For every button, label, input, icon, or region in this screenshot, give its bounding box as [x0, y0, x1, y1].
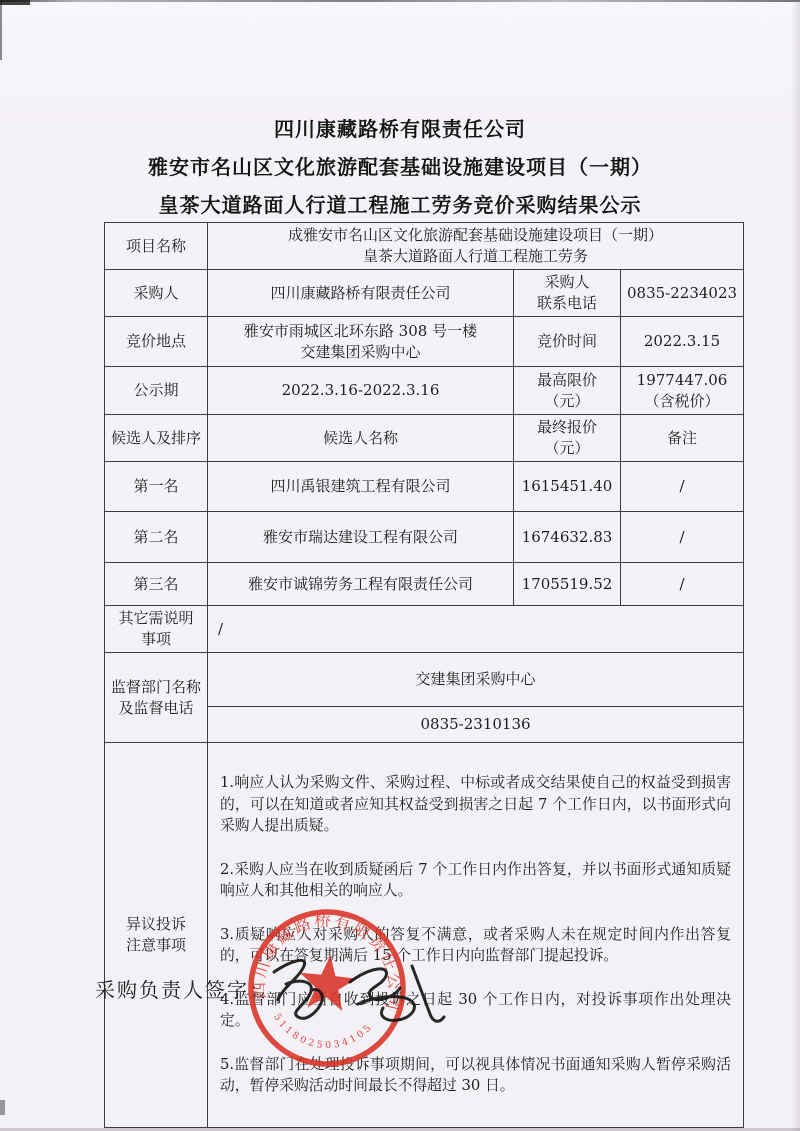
candidate-price: 1615451.40	[514, 462, 621, 512]
candidate-rank: 第三名	[105, 563, 208, 606]
document-title-result: 皇茶大道路面人行道工程施工劳务竞价采购结果公示	[0, 186, 800, 224]
candidate-rank-header: 候选人及排序	[105, 415, 208, 462]
other-notes-label: 其它需说明 事项	[105, 606, 208, 653]
supervision-name: 交建集团采购中心	[208, 653, 744, 707]
document-title-block: 四川康藏路桥有限责任公司 雅安市名山区文化旅游配套基础设施建设项目（一期） 皇茶…	[0, 110, 800, 224]
candidate-row-1: 第一名 四川禹银建筑工程有限公司 1615451.40 /	[105, 462, 744, 512]
bidding-place-label: 竞价地点	[105, 317, 208, 367]
candidate-row-3: 第三名 雅安市诚锦劳务工程有限责任公司 1705519.52 /	[105, 563, 744, 606]
candidate-price: 1705519.52	[514, 563, 621, 606]
candidate-row-2: 第二名 雅安市瑞达建设工程有限公司 1674632.83 /	[105, 512, 744, 563]
table-row: 监督部门名称 及监督电话 交建集团采购中心	[105, 653, 744, 707]
candidate-rank: 第一名	[105, 462, 208, 512]
scanned-document-page: 四川康藏路桥有限责任公司 雅安市名山区文化旅游配套基础设施建设项目（一期） 皇茶…	[0, 0, 800, 1131]
scan-artifact-left-edge	[0, 0, 2, 60]
table-row: 公示期 2022.3.16-2022.3.16 最高限价 （元） 1977447…	[105, 367, 744, 415]
table-row: 采购人 四川康藏路桥有限责任公司 采购人 联系电话 0835-2234023	[105, 270, 744, 317]
purchaser-phone-label: 采购人 联系电话	[514, 270, 621, 317]
purchaser-value: 四川康藏路桥有限责任公司	[208, 270, 514, 317]
supervision-label: 监督部门名称 及监督电话	[105, 653, 208, 743]
other-notes-value: /	[208, 606, 744, 653]
max-price-value: 1977447.06 （含税价）	[621, 367, 744, 415]
scan-artifact-top-edge	[0, 0, 800, 2]
candidate-rank: 第二名	[105, 512, 208, 563]
bidding-place-value: 雅安市雨城区北环东路 308 号一楼 交建集团采购中心	[208, 317, 514, 367]
candidate-remark: /	[621, 512, 744, 563]
table-row: 项目名称 成雅安市名山区文化旅游配套基础设施建设项目（一期） 皇茶大道路面人行道…	[105, 223, 744, 270]
project-name-value: 成雅安市名山区文化旅游配套基础设施建设项目（一期） 皇茶大道路面人行道工程施工劳…	[208, 223, 744, 270]
purchaser-phone-value: 0835-2234023	[621, 270, 744, 317]
candidate-name: 雅安市瑞达建设工程有限公司	[208, 512, 514, 563]
table-row: 其它需说明 事项 /	[105, 606, 744, 653]
document-title-company: 四川康藏路桥有限责任公司	[0, 110, 800, 148]
purchaser-label: 采购人	[105, 270, 208, 317]
candidate-name: 雅安市诚锦劳务工程有限责任公司	[208, 563, 514, 606]
document-title-project: 雅安市名山区文化旅游配套基础设施建设项目（一期）	[0, 148, 800, 186]
bidding-time-label: 竞价时间	[514, 317, 621, 367]
bidding-time-value: 2022.3.15	[621, 317, 744, 367]
publicity-label: 公示期	[105, 367, 208, 415]
project-name-label: 项目名称	[105, 223, 208, 270]
candidate-price-header: 最终报价 （元）	[514, 415, 621, 462]
candidate-price: 1674632.83	[514, 512, 621, 563]
candidate-remark: /	[621, 462, 744, 512]
table-header-row: 候选人及排序 候选人名称 最终报价 （元） 备注	[105, 415, 744, 462]
max-price-label: 最高限价 （元）	[514, 367, 621, 415]
objection-label: 异议投诉 注意事项	[105, 743, 208, 1128]
candidate-name: 四川禹银建筑工程有限公司	[208, 462, 514, 512]
objection-note-1: 1.响应人认为采购文件、采购过程、中标或者成交结果使自己的权益受到损害的，可以在…	[220, 772, 731, 837]
scan-artifact-corner	[0, 0, 30, 5]
candidate-remark: /	[621, 563, 744, 606]
scan-artifact-nub	[0, 1100, 5, 1115]
publicity-value: 2022.3.16-2022.3.16	[208, 367, 514, 415]
table-row: 竞价地点 雅安市雨城区北环东路 308 号一楼 交建集团采购中心 竞价时间 20…	[105, 317, 744, 367]
candidate-remark-header: 备注	[621, 415, 744, 462]
handwritten-signature	[252, 938, 467, 1038]
candidate-name-header: 候选人名称	[208, 415, 514, 462]
supervision-phone: 0835-2310136	[208, 707, 744, 743]
